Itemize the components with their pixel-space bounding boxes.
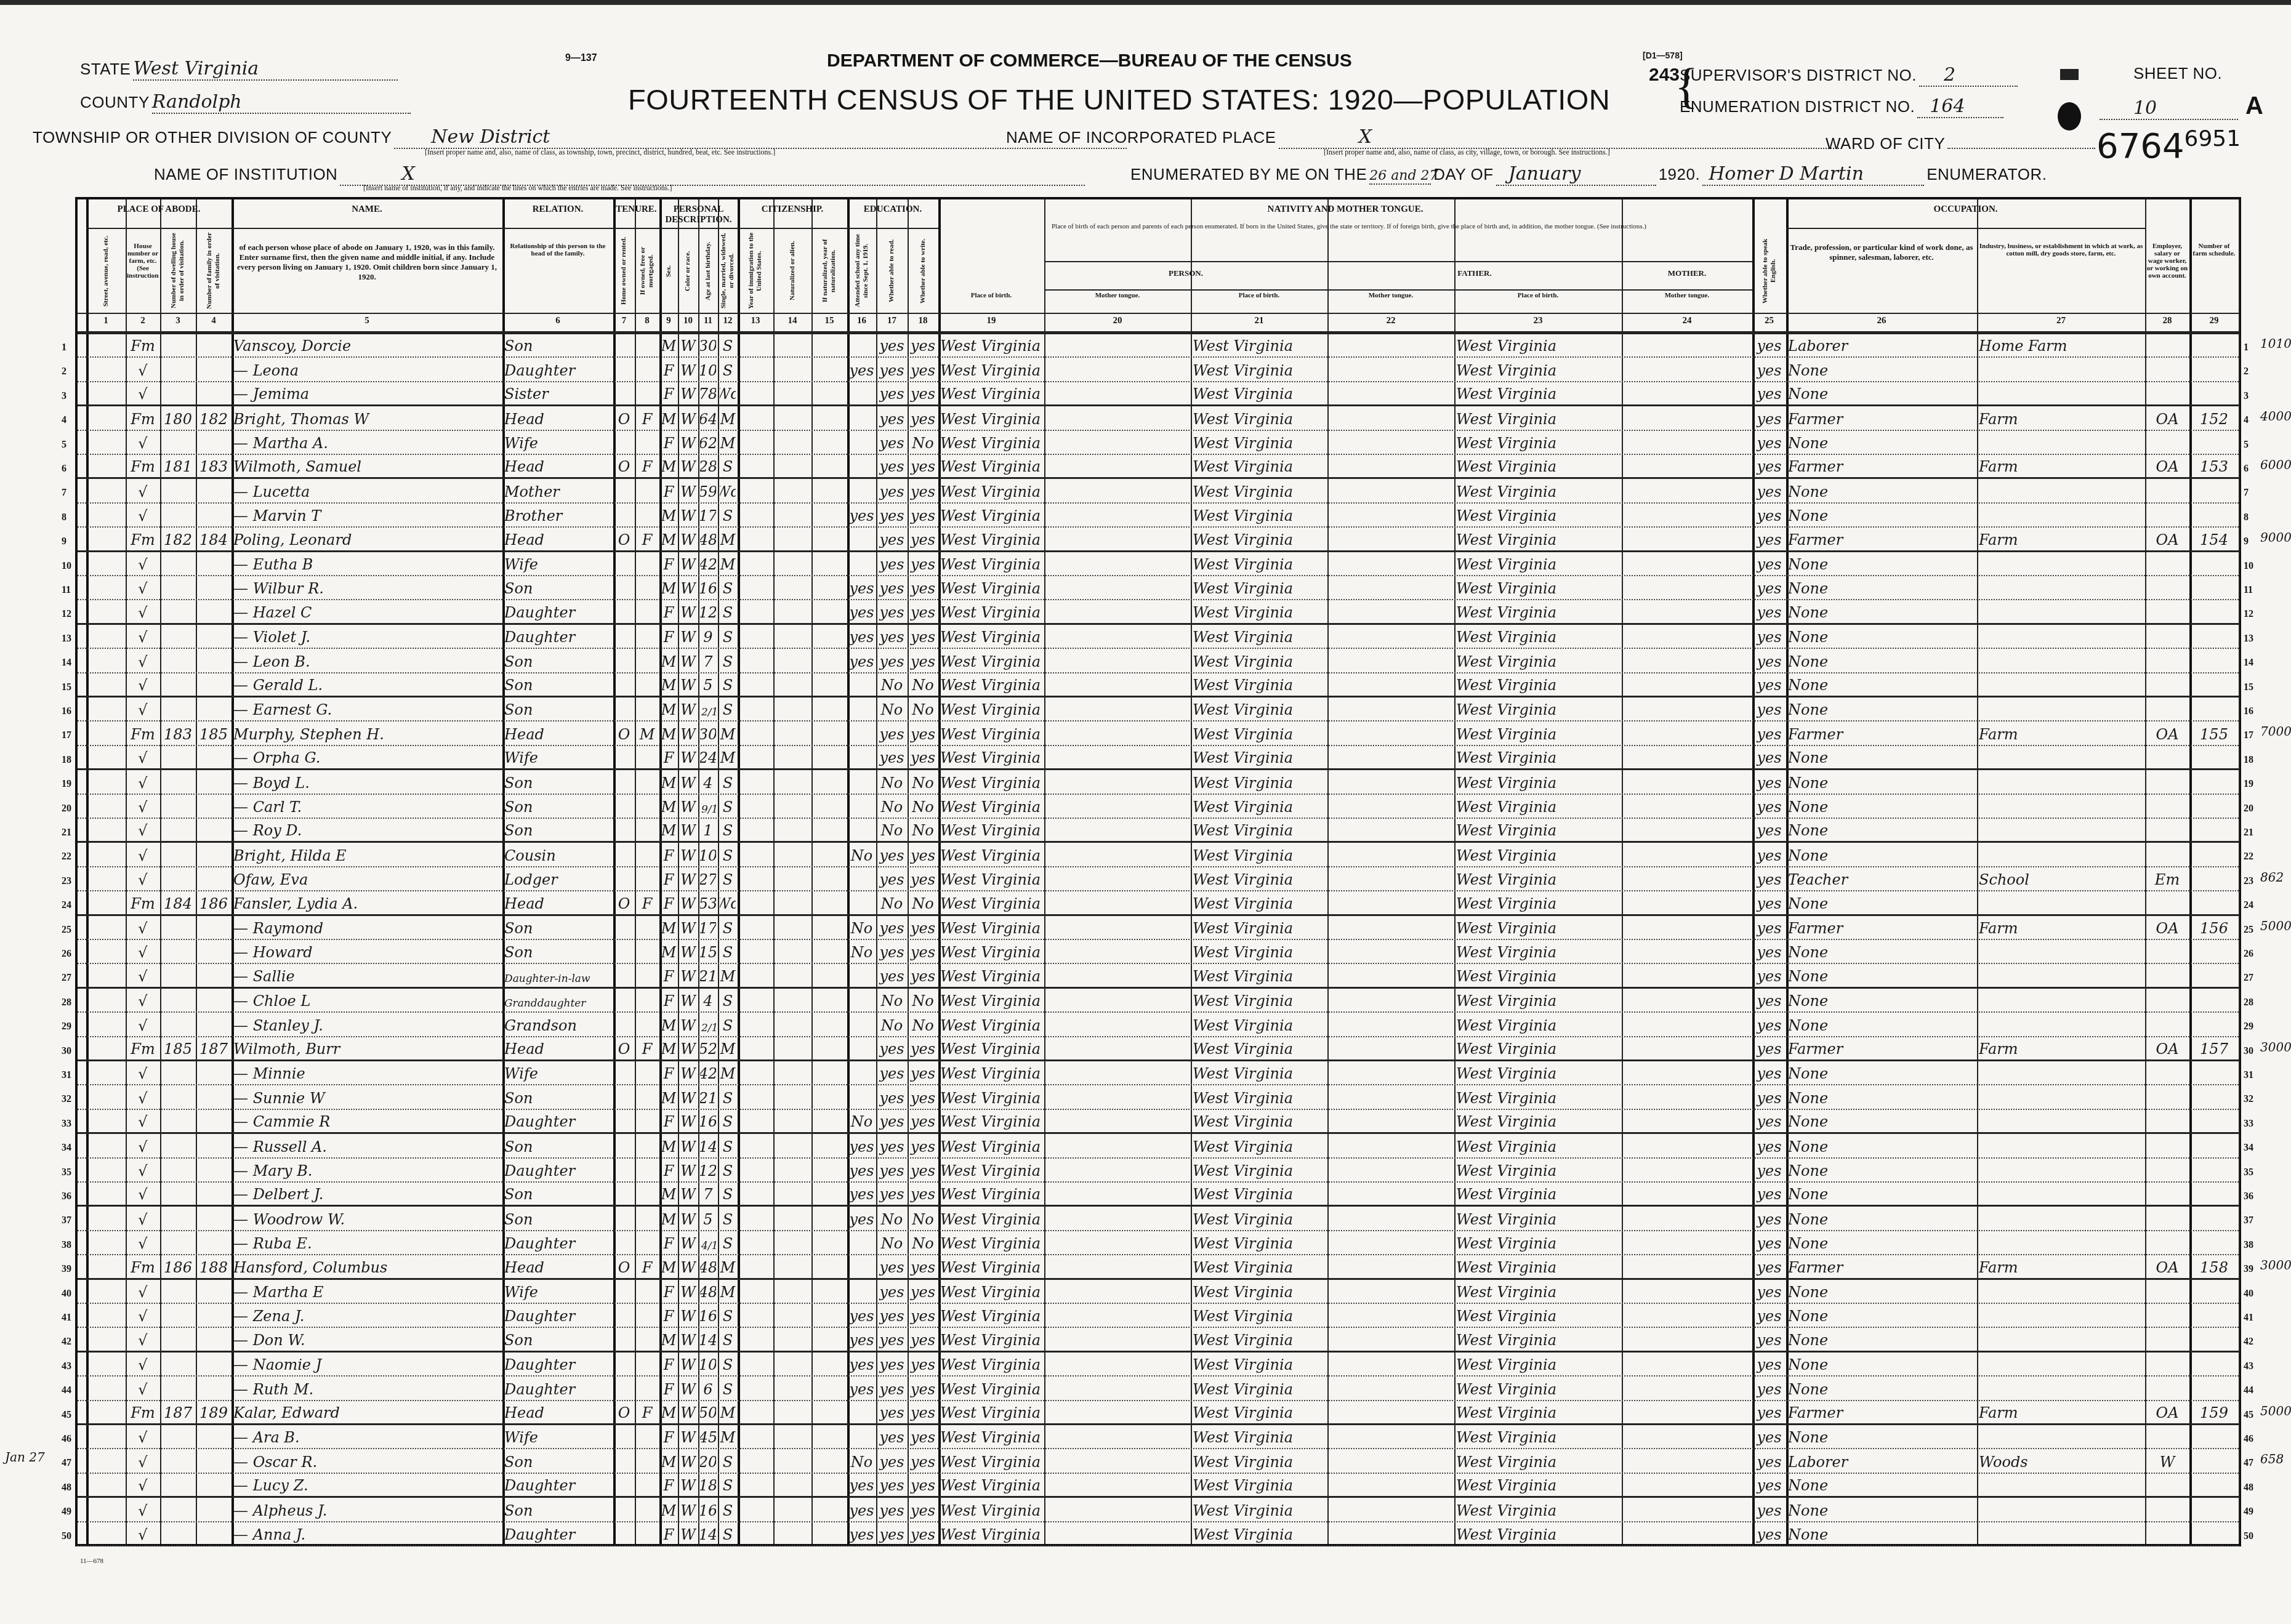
cell-relation: Daughter <box>504 1522 611 1545</box>
line-number-right: 33 <box>2244 1119 2253 1130</box>
cell-industry: Farm <box>1979 1037 2143 1059</box>
cell-marital: S <box>720 916 736 939</box>
cell-house: Fm <box>127 406 158 429</box>
county-label: COUNTY <box>80 93 150 111</box>
cell-dwelling: 181 <box>162 455 194 477</box>
line-number-right: 6 <box>2244 464 2249 475</box>
cell-relation: Mother <box>504 479 611 502</box>
cell-english: yes <box>1754 576 1784 599</box>
column-number: 12 <box>718 316 738 326</box>
header-rule <box>86 228 938 229</box>
cell-trade: Laborer <box>1788 334 1975 356</box>
cell-name: Hansford, Columbus <box>233 1255 501 1277</box>
cell-marital: S <box>720 1013 736 1035</box>
cell-race: W <box>680 1425 696 1448</box>
table-row: Fm180182Bright, Thomas WHeadOFMW64Myesye… <box>78 406 2239 430</box>
cell-name: — Leon B. <box>233 649 501 672</box>
cell-relation: Brother <box>504 504 611 526</box>
cell-age: 16 <box>700 576 716 599</box>
cell-relation: Wife <box>504 1061 611 1084</box>
cell-write: No <box>909 770 936 793</box>
cell-age: 14 <box>700 1522 716 1545</box>
line-number-right: 22 <box>2244 851 2253 862</box>
cell-industry: Farm <box>1979 455 2143 477</box>
column-number: 26 <box>1786 316 1977 326</box>
cell-marital: M <box>720 528 736 550</box>
cell-father-birth: West Virginia <box>1193 1353 1326 1375</box>
cell-father-birth: West Virginia <box>1193 1061 1326 1084</box>
cell-house: √ <box>127 940 158 963</box>
cell-age: 6 <box>700 1377 716 1399</box>
cell-trade: Farmer <box>1788 1401 1975 1423</box>
cell-english: yes <box>1754 1085 1784 1108</box>
cell-english: yes <box>1754 819 1784 841</box>
cell-read: No <box>878 697 906 720</box>
line-number-left: 11 <box>62 585 71 596</box>
state-field: STATE West Virginia <box>80 58 398 81</box>
cell-father-birth: West Virginia <box>1193 1013 1326 1035</box>
cell-birth: West Virginia <box>940 1159 1042 1181</box>
line-number-right: 9 <box>2244 536 2249 547</box>
cell-trade: None <box>1788 1522 1975 1545</box>
table-row: √— Ara B.WifeFW45MyesyesWest VirginiaWes… <box>78 1425 2239 1449</box>
line-number-left: 28 <box>62 997 71 1008</box>
cell-race: W <box>680 528 696 550</box>
cell-class: OA <box>2147 1037 2188 1059</box>
cell-mother-birth: West Virginia <box>1456 1159 1620 1181</box>
cell-trade: None <box>1788 1280 1975 1303</box>
cell-dwelling: 187 <box>162 1401 194 1423</box>
line-number-left: 33 <box>62 1119 71 1130</box>
column-number: 24 <box>1622 316 1752 326</box>
table-row: √— RaymondSonMW17SNoyesyesWest VirginiaW… <box>78 916 2239 940</box>
column-number: 14 <box>773 316 811 326</box>
column-header-27: Industry, business, or establishment in … <box>1978 243 2144 310</box>
cell-sex: M <box>661 1498 676 1521</box>
cell-industry: School <box>1979 867 2143 890</box>
cell-english: yes <box>1754 1207 1784 1229</box>
cell-relation: Head <box>504 1037 611 1059</box>
cell-marital: M <box>720 1425 736 1448</box>
column-group-education: EDUCATION. <box>847 204 938 215</box>
cell-house: Fm <box>127 1037 158 1059</box>
cell-father-birth: West Virginia <box>1193 528 1326 550</box>
cell-trade: None <box>1788 358 1975 380</box>
cell-mother-birth: West Virginia <box>1456 1255 1620 1277</box>
line-number-left: 37 <box>62 1215 71 1226</box>
cell-name: — Marvin T <box>233 504 501 526</box>
cell-birth: West Virginia <box>940 455 1042 477</box>
supervisor-field: SUPERVISOR'S DISTRICT NO. 2 <box>1680 64 2018 87</box>
line-number-right: 41 <box>2244 1312 2253 1324</box>
cell-race: W <box>680 673 696 696</box>
cell-house: √ <box>127 1474 158 1496</box>
cell-school: yes <box>849 1183 874 1205</box>
cell-sex: F <box>661 382 676 404</box>
cell-race: W <box>680 964 696 986</box>
cell-house: √ <box>127 1013 158 1035</box>
column-number: 15 <box>811 316 847 326</box>
line-number-left: 36 <box>62 1191 71 1202</box>
cell-race: W <box>680 1304 696 1327</box>
cell-home: O <box>615 1037 633 1059</box>
cell-name: — Lucetta <box>233 479 501 502</box>
cell-birth: West Virginia <box>940 528 1042 550</box>
cell-sex: F <box>661 746 676 768</box>
cell-write: yes <box>909 1401 936 1423</box>
cell-age: 14 <box>700 1328 716 1350</box>
cell-marital: S <box>720 455 736 477</box>
cell-sex: F <box>661 1280 676 1303</box>
cell-trade: None <box>1788 891 1975 914</box>
cell-mother-birth: West Virginia <box>1456 1110 1620 1132</box>
month-value: January <box>1496 163 1656 186</box>
cell-trade: None <box>1788 964 1975 986</box>
line-number-left: 35 <box>62 1167 71 1178</box>
column-header-11: Age at last birthday. <box>699 231 717 310</box>
column-header-8: If owned, free or mortgaged. <box>636 231 658 310</box>
cell-class: OA <box>2147 455 2188 477</box>
cell-school: yes <box>849 1474 874 1496</box>
cell-english: yes <box>1754 1328 1784 1350</box>
cell-mother-birth: West Virginia <box>1456 916 1620 939</box>
census-title: FOURTEENTH CENSUS OF THE UNITED STATES: … <box>628 82 1610 116</box>
cell-english: yes <box>1754 1231 1784 1254</box>
column-header-14: Naturalized or alien. <box>775 231 810 310</box>
cell-relation: Sister <box>504 382 611 404</box>
cell-write: yes <box>909 504 936 526</box>
line-number-left: 4 <box>62 415 66 426</box>
line-number-right: 21 <box>2244 827 2253 838</box>
cell-mother-birth: West Virginia <box>1456 989 1620 1011</box>
cell-name: Murphy, Stephen H. <box>233 722 501 744</box>
cell-relation: Daughter-in-law <box>504 964 611 986</box>
cell-marital: S <box>720 1231 736 1254</box>
cell-birth: West Virginia <box>940 479 1042 502</box>
cell-trade: Farmer <box>1788 722 1975 744</box>
margin-value-note: 1010 <box>2260 336 2291 351</box>
cell-father-birth: West Virginia <box>1193 431 1326 454</box>
line-number-left: 19 <box>62 779 71 790</box>
cell-name: — Orpha G. <box>233 746 501 768</box>
cell-school: No <box>849 1110 874 1132</box>
cell-birth: West Virginia <box>940 358 1042 380</box>
cell-relation: Wife <box>504 431 611 454</box>
line-number-left: 31 <box>62 1070 71 1081</box>
cell-marital: S <box>720 600 736 622</box>
line-number-right: 25 <box>2244 925 2253 936</box>
cell-write: yes <box>909 940 936 963</box>
table-row: √— SallieDaughter-in-lawFW21MyesyesWest … <box>78 964 2239 988</box>
line-number-right: 45 <box>2244 1410 2253 1421</box>
year-value: 1920. <box>1659 165 1701 183</box>
incorporated-value: X <box>1279 126 1839 149</box>
cell-home: O <box>615 528 633 550</box>
column-group-tenure: TENURE. <box>613 204 659 215</box>
cell-trade: None <box>1788 1134 1975 1157</box>
cell-read: yes <box>878 552 906 575</box>
cell-birth: West Virginia <box>940 1498 1042 1521</box>
cell-father-birth: West Virginia <box>1193 916 1326 939</box>
state-label: STATE <box>80 60 131 78</box>
cell-dwelling: 183 <box>162 722 194 744</box>
cell-marital: Wd <box>720 891 736 914</box>
cell-read: No <box>878 819 906 841</box>
cell-age: 59 <box>700 479 716 502</box>
cell-write: No <box>909 819 936 841</box>
cell-relation: Son <box>504 1134 611 1157</box>
cell-birth: West Virginia <box>940 1425 1042 1448</box>
line-number-left: 10 <box>62 561 71 572</box>
cell-age: 1 <box>700 819 716 841</box>
cell-write: yes <box>909 625 936 648</box>
cell-race: W <box>680 940 696 963</box>
cell-relation: Son <box>504 819 611 841</box>
cell-age: 30 <box>700 334 716 356</box>
cell-relation: Daughter <box>504 1353 611 1375</box>
table-row: Fm182184Poling, LeonardHeadOFMW48Myesyes… <box>78 528 2239 552</box>
cell-house: √ <box>127 1134 158 1157</box>
cell-class: OA <box>2147 406 2188 429</box>
enumeration-value: 164 <box>1917 95 2003 118</box>
cell-father-birth: West Virginia <box>1193 334 1326 356</box>
cell-race: W <box>680 697 696 720</box>
cell-name: Bright, Hilda E <box>233 843 501 866</box>
cell-write: yes <box>909 334 936 356</box>
line-number-left: 20 <box>62 803 71 814</box>
line-number-left: 13 <box>62 633 71 645</box>
cell-birth: West Virginia <box>940 504 1042 526</box>
cell-marital: S <box>720 1449 736 1472</box>
cell-relation: Head <box>504 722 611 744</box>
cell-sex: F <box>661 1304 676 1327</box>
cell-birth: West Virginia <box>940 1328 1042 1350</box>
line-number-right: 49 <box>2244 1506 2253 1517</box>
cell-age: 20 <box>700 1449 716 1472</box>
cell-marital: S <box>720 1377 736 1399</box>
cell-name: — Naomie J <box>233 1353 501 1375</box>
line-number-right: 20 <box>2244 803 2253 814</box>
table-row: √— Martha EWifeFW48MyesyesWest VirginiaW… <box>78 1280 2239 1304</box>
column-number: 17 <box>876 316 908 326</box>
column-number: 23 <box>1454 316 1622 326</box>
cell-english: yes <box>1754 916 1784 939</box>
column-number: 4 <box>196 316 232 326</box>
cell-birth: West Virginia <box>940 940 1042 963</box>
cell-english: yes <box>1754 625 1784 648</box>
cell-name: — Russell A. <box>233 1134 501 1157</box>
table-row: √— Martha A.WifeFW62MyesNoWest VirginiaW… <box>78 431 2239 455</box>
cell-sex: M <box>661 940 676 963</box>
cell-birth: West Virginia <box>940 843 1042 866</box>
cell-sex: F <box>661 1353 676 1375</box>
cell-race: W <box>680 795 696 818</box>
cell-sex: M <box>661 1449 676 1472</box>
cell-trade: None <box>1788 382 1975 404</box>
cell-father-birth: West Virginia <box>1193 1474 1326 1496</box>
cell-house: √ <box>127 552 158 575</box>
cell-father-birth: West Virginia <box>1193 576 1326 599</box>
cell-age: 10 <box>700 358 716 380</box>
cell-age: 2 9/12 <box>700 795 716 818</box>
cell-dwelling: 184 <box>162 891 194 914</box>
cell-age: 7 <box>700 649 716 672</box>
cell-mother-birth: West Virginia <box>1456 649 1620 672</box>
cell-family: 185 <box>198 722 230 744</box>
enumerated-field: ENUMERATED BY ME ON THE 26 and 27 DAY OF… <box>1130 163 2047 186</box>
cell-mother-birth: West Virginia <box>1456 843 1620 866</box>
cell-father-birth: West Virginia <box>1193 552 1326 575</box>
table-row: √— Orpha G.WifeFW24MyesyesWest VirginiaW… <box>78 746 2239 770</box>
column-group-personal: PERSONAL DESCRIPTION. <box>659 204 738 225</box>
cell-relation: Son <box>504 673 611 696</box>
column-divider <box>2239 199 2240 1544</box>
cell-marital: S <box>720 358 736 380</box>
cell-read: No <box>878 795 906 818</box>
cell-english: yes <box>1754 552 1784 575</box>
column-header-7: Home owned or rented. <box>614 231 634 310</box>
column-number: 6 <box>502 316 613 326</box>
cell-race: W <box>680 746 696 768</box>
line-number-left: 2 <box>62 366 66 377</box>
ward-label: WARD OF CITY <box>1826 134 1945 153</box>
cell-birth: West Virginia <box>940 722 1042 744</box>
cell-farm: 156 <box>2191 916 2237 939</box>
cell-race: W <box>680 576 696 599</box>
cell-write: yes <box>909 1061 936 1084</box>
sheet-side: A <box>2245 92 2263 119</box>
cell-house: √ <box>127 576 158 599</box>
cell-birth: West Virginia <box>940 1110 1042 1132</box>
cell-sex: M <box>661 1207 676 1229</box>
line-number-right: 29 <box>2244 1021 2253 1032</box>
cell-birth: West Virginia <box>940 382 1042 404</box>
cell-race: W <box>680 649 696 672</box>
table-row: Fm181183Wilmoth, SamuelHeadOFMW28Syesyes… <box>78 455 2239 479</box>
column-number: 13 <box>738 316 773 326</box>
cell-marital: S <box>720 795 736 818</box>
cell-school: No <box>849 843 874 866</box>
cell-write: yes <box>909 358 936 380</box>
cell-english: yes <box>1754 1449 1784 1472</box>
state-value: West Virginia <box>133 58 398 81</box>
cell-father-birth: West Virginia <box>1193 1085 1326 1108</box>
header-rule <box>1044 289 1752 291</box>
cell-english: yes <box>1754 770 1784 793</box>
cell-age: 4 <box>700 989 716 1011</box>
cell-relation: Daughter <box>504 1159 611 1181</box>
cell-marital: S <box>720 697 736 720</box>
cell-race: W <box>680 1449 696 1472</box>
cell-mother-birth: West Virginia <box>1456 479 1620 502</box>
cell-age: 28 <box>700 455 716 477</box>
cell-relation: Wife <box>504 746 611 768</box>
cell-marital: M <box>720 1280 736 1303</box>
column-number: 16 <box>847 316 876 326</box>
sheet-label: SHEET NO. <box>2133 64 2222 83</box>
cell-english: yes <box>1754 1183 1784 1205</box>
cell-english: yes <box>1754 1353 1784 1375</box>
table-row: √— LucettaMotherFW59WdyesyesWest Virgini… <box>78 479 2239 503</box>
cell-read: yes <box>878 1304 906 1327</box>
cell-marital: S <box>720 1474 736 1496</box>
cell-race: W <box>680 867 696 890</box>
column-header-26: Trade, profession, or particular kind of… <box>1787 243 1976 310</box>
cell-english: yes <box>1754 1061 1784 1084</box>
cell-marital: Wd <box>720 382 736 404</box>
cell-birth: West Virginia <box>940 1207 1042 1229</box>
cell-relation: Daughter <box>504 1377 611 1399</box>
column-group-person: PERSON. <box>1044 268 1327 278</box>
cell-house: √ <box>127 697 158 720</box>
table-row: √— Mary B.DaughterFW12SyesyesyesWest Vir… <box>78 1159 2239 1183</box>
cell-english: yes <box>1754 867 1784 890</box>
cell-name: — Carl T. <box>233 795 501 818</box>
cell-marital: M <box>720 431 736 454</box>
cell-race: W <box>680 819 696 841</box>
cell-trade: None <box>1788 1377 1975 1399</box>
cell-birth: West Virginia <box>940 1061 1042 1084</box>
cell-write: No <box>909 1207 936 1229</box>
column-number: 9 <box>659 316 678 326</box>
cell-father-birth: West Virginia <box>1193 722 1326 744</box>
cell-race: W <box>680 1013 696 1035</box>
table-row: √— Leon B.SonMW7SyesyesyesWest VirginiaW… <box>78 649 2239 673</box>
cell-race: W <box>680 431 696 454</box>
cell-marital: S <box>720 1134 736 1157</box>
table-row: √— Delbert J.SonMW7SyesyesyesWest Virgin… <box>78 1183 2239 1207</box>
cell-name: — Martha A. <box>233 431 501 454</box>
cell-name: — Ruth M. <box>233 1377 501 1399</box>
cell-age: 24 <box>700 746 716 768</box>
cell-write: No <box>909 795 936 818</box>
cell-write: yes <box>909 916 936 939</box>
cell-father-birth: West Virginia <box>1193 406 1326 429</box>
cell-read: yes <box>878 528 906 550</box>
cell-school: yes <box>849 600 874 622</box>
cell-name: — Gerald L. <box>233 673 501 696</box>
cell-age: 45 <box>700 1425 716 1448</box>
cell-marital: S <box>720 334 736 356</box>
line-number-right: 1 <box>2244 342 2249 353</box>
cell-name: — Lucy Z. <box>233 1474 501 1496</box>
cell-relation: Wife <box>504 1425 611 1448</box>
line-number-left: 6 <box>62 464 66 475</box>
cell-age: 12 <box>700 600 716 622</box>
cell-birth: West Virginia <box>940 1255 1042 1277</box>
cell-home: O <box>615 891 633 914</box>
cell-mother-birth: West Virginia <box>1456 1522 1620 1545</box>
township-label: TOWNSHIP OR OTHER DIVISION OF COUNTY <box>33 128 392 147</box>
line-number-right: 36 <box>2244 1191 2253 1202</box>
line-number-right: 50 <box>2244 1531 2253 1542</box>
cell-father-birth: West Virginia <box>1193 1304 1326 1327</box>
cell-relation: Daughter <box>504 358 611 380</box>
cell-trade: Teacher <box>1788 867 1975 890</box>
cell-write: yes <box>909 382 936 404</box>
cell-trade: None <box>1788 504 1975 526</box>
cell-father-birth: West Virginia <box>1193 867 1326 890</box>
cell-english: yes <box>1754 600 1784 622</box>
cell-father-birth: West Virginia <box>1193 479 1326 502</box>
cell-read: No <box>878 770 906 793</box>
cell-age: 10 <box>700 1353 716 1375</box>
cell-race: W <box>680 916 696 939</box>
cell-school: yes <box>849 358 874 380</box>
cell-read: No <box>878 989 906 1011</box>
cell-house: √ <box>127 625 158 648</box>
cell-english: yes <box>1754 358 1784 380</box>
